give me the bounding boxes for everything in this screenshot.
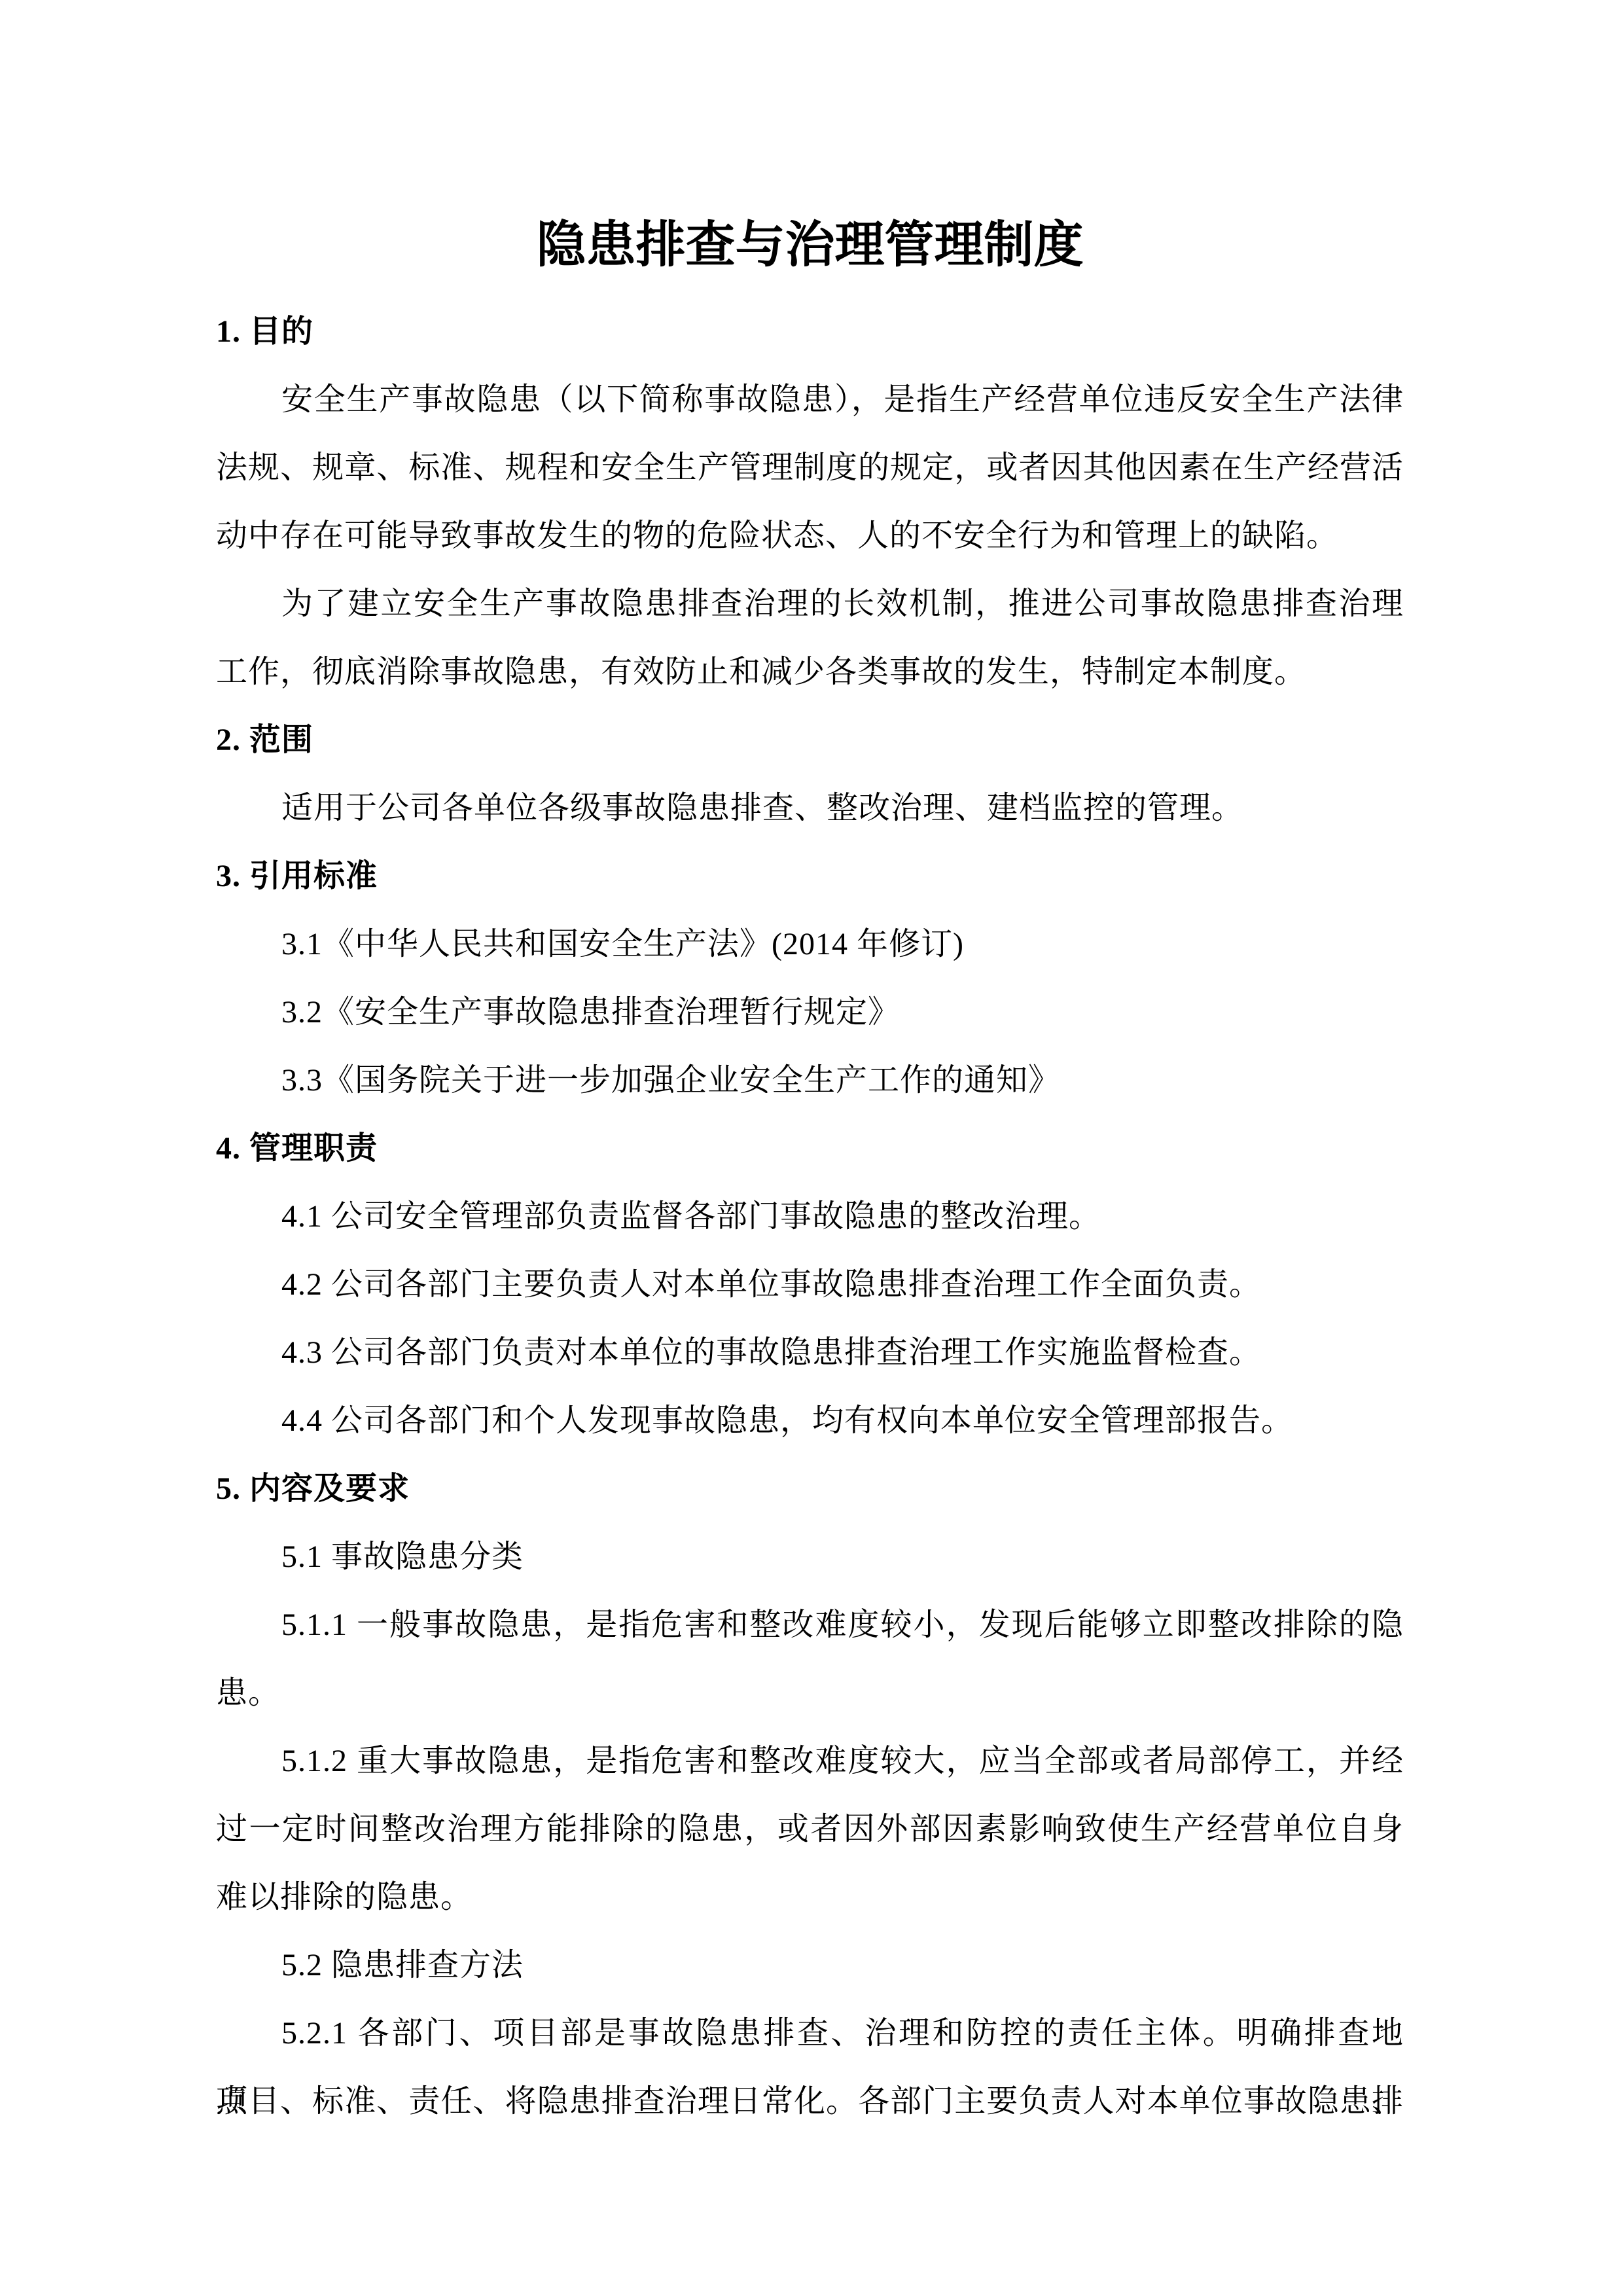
doc-line: 4.3 公司各部门负责对本单位的事故隐患排查治理工作实施监督检查。: [216, 1319, 1404, 1387]
doc-line: 5.1.1 一般事故隐患，是指危害和整改难度较小，发现后能够立即整改排除的隐: [216, 1591, 1404, 1659]
document-title: 隐患排查与治理管理制度: [216, 216, 1404, 275]
doc-line: 2. 范围: [216, 706, 1404, 774]
doc-line: 过一定时间整改治理方能排除的隐患，或者因外部因素影响致使生产经营单位自身: [216, 1795, 1404, 1863]
document-page: 隐患排查与治理管理制度 1. 目的安全生产事故隐患（以下简称事故隐患），是指生产…: [0, 0, 1623, 2296]
doc-line: 3. 引用标准: [216, 842, 1404, 910]
doc-line: 4. 管理职责: [216, 1115, 1404, 1183]
doc-line: 5.2 隐患排查方法: [216, 1931, 1404, 2000]
doc-line: 项目、标准、责任、将隐患排查治理日常化。各部门主要负责人对本单位事故隐患排: [216, 2068, 1404, 2136]
document-body: 1. 目的安全生产事故隐患（以下简称事故隐患），是指生产经营单位违反安全生产法律…: [216, 298, 1404, 2136]
doc-line: 法规、规章、标准、规程和安全生产管理制度的规定，或者因其他因素在生产经营活: [216, 434, 1404, 502]
doc-line: 安全生产事故隐患（以下简称事故隐患），是指生产经营单位违反安全生产法律: [216, 366, 1404, 434]
doc-line: 1. 目的: [216, 298, 1404, 366]
doc-line: 工作，彻底消除事故隐患，有效防止和减少各类事故的发生，特制定本制度。: [216, 638, 1404, 706]
doc-line: 3.2《安全生产事故隐患排查治理暂行规定》: [216, 978, 1404, 1047]
doc-line: 适用于公司各单位各级事故隐患排查、整改治理、建档监控的管理。: [216, 774, 1404, 842]
doc-line: 5.1.2 重大事故隐患，是指危害和整改难度较大，应当全部或者局部停工，并经: [216, 1727, 1404, 1795]
doc-line: 3.1《中华人民共和国安全生产法》(2014 年修订): [216, 910, 1404, 978]
doc-line: 动中存在可能导致事故发生的物的危险状态、人的不安全行为和管理上的缺陷。: [216, 502, 1404, 570]
doc-line: 5.2.1 各部门、项目部是事故隐患排查、治理和防控的责任主体。明确排查地点、: [216, 2000, 1404, 2068]
doc-line: 4.4 公司各部门和个人发现事故隐患，均有权向本单位安全管理部报告。: [216, 1387, 1404, 1455]
doc-line: 4.1 公司安全管理部负责监督各部门事故隐患的整改治理。: [216, 1183, 1404, 1251]
doc-line: 5.1 事故隐患分类: [216, 1523, 1404, 1591]
doc-line: 患。: [216, 1659, 1404, 1727]
doc-line: 4.2 公司各部门主要负责人对本单位事故隐患排查治理工作全面负责。: [216, 1251, 1404, 1319]
doc-line: 为了建立安全生产事故隐患排查治理的长效机制，推进公司事故隐患排查治理: [216, 570, 1404, 638]
doc-line: 3.3《国务院关于进一步加强企业安全生产工作的通知》: [216, 1047, 1404, 1115]
doc-line: 难以排除的隐患。: [216, 1863, 1404, 1931]
doc-line: 5. 内容及要求: [216, 1455, 1404, 1523]
